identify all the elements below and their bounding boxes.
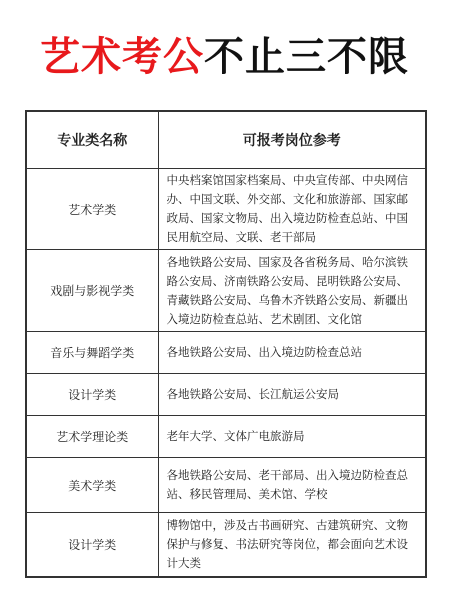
- table-row: 戏剧与影视学类 各地铁路公安局、国家及各省税务局、哈尔滨铁路公安局、济南铁路公安…: [26, 250, 426, 332]
- positions-cell: 老年大学、文体广电旅游局: [158, 416, 426, 458]
- category-cell: 设计学类: [26, 513, 158, 577]
- table-row: 音乐与舞蹈学类 各地铁路公安局、出入境边防检查总站: [26, 332, 426, 374]
- category-cell: 音乐与舞蹈学类: [26, 332, 158, 374]
- positions-cell: 各地铁路公安局、出入境边防检查总站: [158, 332, 426, 374]
- table-row: 艺术学理论类 老年大学、文体广电旅游局: [26, 416, 426, 458]
- category-cell: 美术学类: [26, 458, 158, 513]
- category-cell: 设计学类: [26, 374, 158, 416]
- positions-table: 专业类名称 可报考岗位参考 艺术学类 中央档案馆国家档案局、中央宣传部、中央网信…: [25, 110, 427, 578]
- table-row: 美术学类 各地铁路公安局、老干部局、出入境边防检查总站、移民管理局、美术馆、学校: [26, 458, 426, 513]
- positions-cell: 各地铁路公安局、长江航运公安局: [158, 374, 426, 416]
- table-row: 设计学类 各地铁路公安局、长江航运公安局: [26, 374, 426, 416]
- title-highlight: 艺术考公: [40, 34, 204, 80]
- positions-cell: 中央档案馆国家档案局、中央宣传部、中央网信办、中国文联、外交部、文化和旅游部、国…: [158, 169, 426, 250]
- category-cell: 艺术学类: [26, 169, 158, 250]
- page-title: 艺术考公不止三不限: [0, 33, 449, 81]
- positions-cell: 各地铁路公安局、老干部局、出入境边防检查总站、移民管理局、美术馆、学校: [158, 458, 426, 513]
- category-cell: 艺术学理论类: [26, 416, 158, 458]
- header-category: 专业类名称: [26, 111, 158, 169]
- table-row: 设计学类 博物馆中，涉及古书画研究、古建筑研究、文物保护与修复、书法研究等岗位，…: [26, 513, 426, 577]
- table-row: 艺术学类 中央档案馆国家档案局、中央宣传部、中央网信办、中国文联、外交部、文化和…: [26, 169, 426, 250]
- positions-cell: 博物馆中，涉及古书画研究、古建筑研究、文物保护与修复、书法研究等岗位，都会面向艺…: [158, 513, 426, 577]
- table-header-row: 专业类名称 可报考岗位参考: [26, 111, 426, 169]
- category-cell: 戏剧与影视学类: [26, 250, 158, 332]
- positions-cell: 各地铁路公安局、国家及各省税务局、哈尔滨铁路公安局、济南铁路公安局、昆明铁路公安…: [158, 250, 426, 332]
- header-positions: 可报考岗位参考: [158, 111, 426, 169]
- title-rest: 不止三不限: [204, 34, 409, 80]
